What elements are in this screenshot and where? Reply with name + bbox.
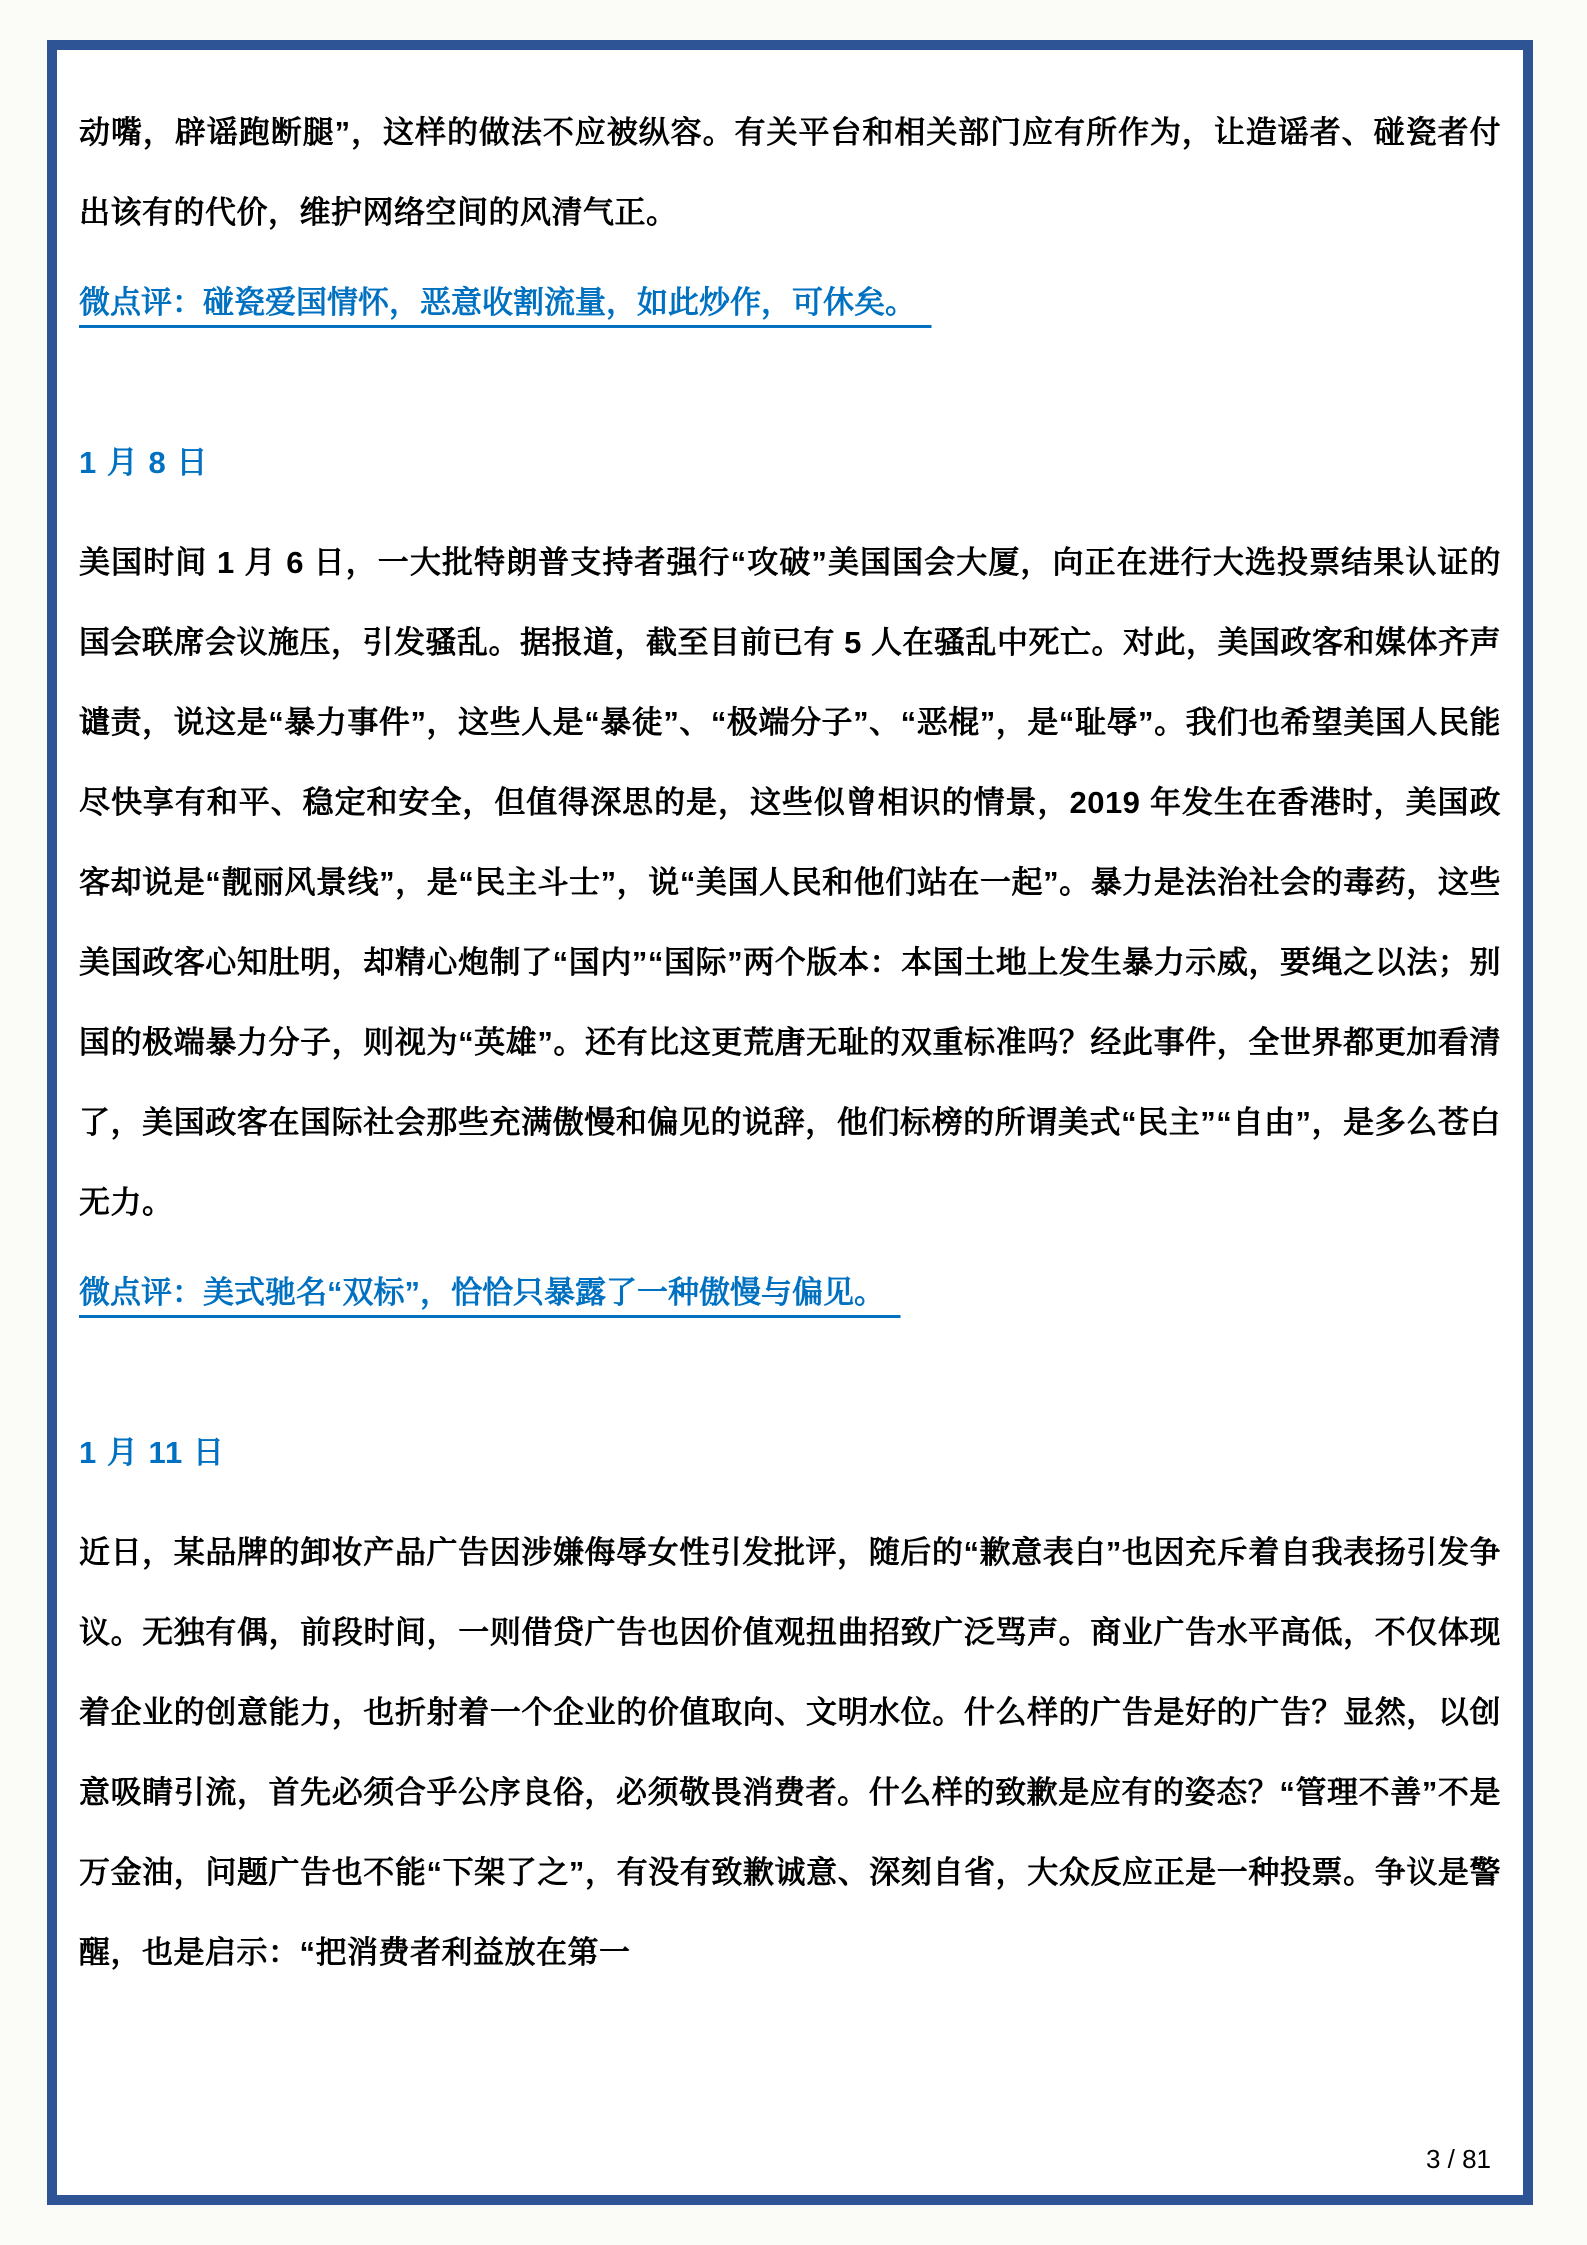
page-content: 动嘴，辟谣跑断腿”，这样的做法不应被纵容。有关平台和相关部门应有所作为，让造谣者… [57,50,1523,2195]
document-canvas: { "colors": { "accent_blue": "#0070C0", … [0,0,1587,2245]
page-number: 3 / 81 [1426,2144,1491,2175]
micro-comment-link-1[interactable]: 微点评：碰瓷爱国情怀，恶意收割流量，如此炒作，可休矣。 [79,263,1501,343]
carryover-paragraph: 动嘴，辟谣跑断腿”，这样的做法不应被纵容。有关平台和相关部门应有所作为，让造谣者… [79,93,1501,253]
micro-comment-link-2[interactable]: 微点评：美式驰名“双标”，恰恰只暴露了一种傲慢与偏见。 [79,1253,1501,1333]
page-sheet: 动嘴，辟谣跑断腿”，这样的做法不应被纵容。有关平台和相关部门应有所作为，让造谣者… [0,0,1587,2245]
section-jan-8-paragraph: 美国时间 1 月 6 日，一大批特朗普支持者强行“攻破”美国国会大厦，向正在进行… [79,523,1501,1243]
page-border-frame: 动嘴，辟谣跑断腿”，这样的做法不应被纵容。有关平台和相关部门应有所作为，让造谣者… [47,40,1533,2205]
date-heading-jan-8: 1 月 8 日 [79,423,1501,503]
date-heading-jan-11: 1 月 11 日 [79,1413,1501,1493]
section-jan-11-paragraph: 近日，某品牌的卸妆产品广告因涉嫌侮辱女性引发批评，随后的“歉意表白”也因充斥着自… [79,1513,1501,1993]
